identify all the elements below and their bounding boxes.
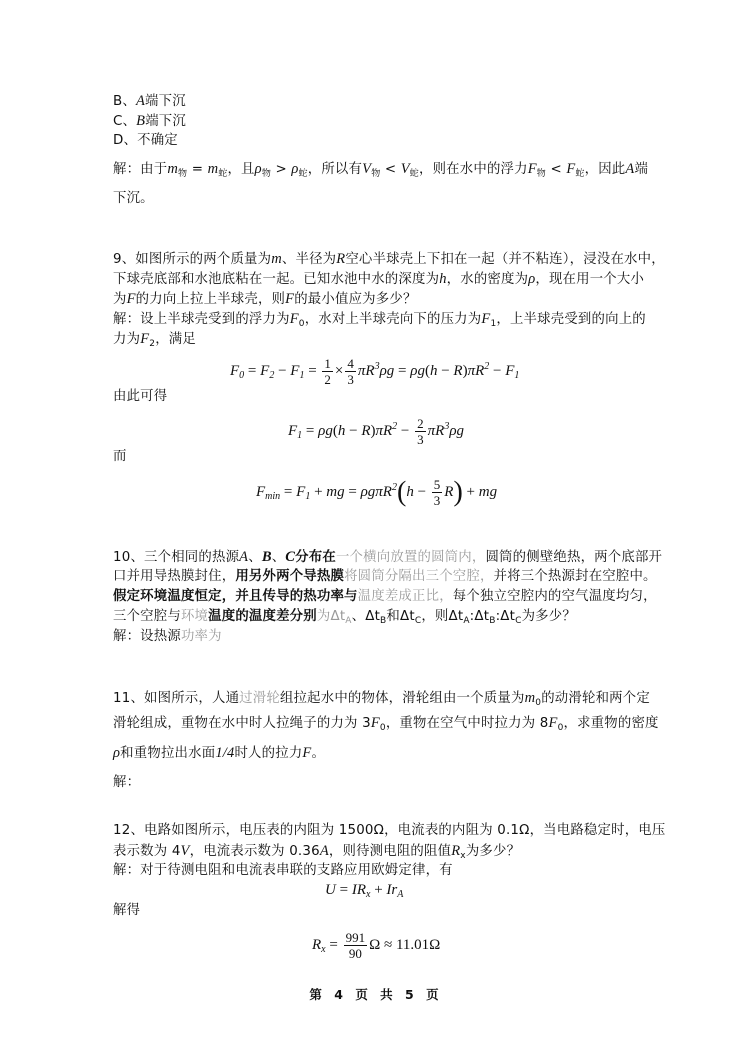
text-faded: 一个横向放置的圆筒内， (336, 550, 486, 565)
q11-question-line1: 11、如图所示，人通过滑轮组拉起水中的物体，滑轮组由一个质量为m0的动滑轮和两个… (113, 689, 650, 708)
text: 的动滑轮和两个定 (541, 691, 650, 706)
var-v: V (362, 161, 371, 177)
var-f: F (528, 161, 537, 177)
text: 。 (311, 746, 325, 761)
var-m: m (525, 690, 536, 706)
subscript: 蛇 (575, 169, 584, 179)
text: 力为 (113, 332, 140, 347)
q12-equation-2: Rx = 99190Ω ≈ 11.01Ω (312, 930, 440, 961)
q11-question-line2: 滑轮组成，重物在水中时人拉绳子的力为 3F0，重物在空气中时拉力为 8F0，求重… (113, 714, 659, 733)
text: 用另外两个导热膜 (235, 569, 344, 584)
q12-solution-line1: 解：对于待测电阻和电流表串联的支路应用欧姆定律，有 (113, 862, 453, 880)
text: ，因此 (585, 162, 626, 177)
q10-question-line4: 三个空腔与环境温度的温度差分别为ΔtA、ΔtB和ΔtC，则ΔtA:ΔtB:ΔtC… (113, 608, 576, 626)
plus: + (370, 882, 386, 898)
subscript: 物 (537, 169, 546, 179)
text: 圆筒的侧壁绝热，两个底部开 (485, 550, 662, 565)
q9-text-thus: 由此可得 (113, 388, 167, 406)
text: 时人的拉力 (234, 746, 302, 761)
text: 为 (113, 292, 127, 307)
var-a: A (239, 549, 248, 565)
text-faded: 为Δt (317, 609, 345, 624)
text: 为多少？ (466, 844, 520, 859)
denominator: 90 (344, 946, 368, 961)
text: ，则Δt (421, 609, 463, 624)
equals: = (336, 882, 352, 898)
text: 解：由于 (113, 162, 167, 177)
var-a: A (136, 93, 145, 109)
lt: < (380, 162, 400, 177)
text: 10、三个相同的热源 (113, 550, 239, 565)
var-f: F (127, 291, 136, 307)
q9-solution-line2: 力为F2，满足 (113, 330, 196, 349)
text: ，则在水中的浮力 (419, 162, 528, 177)
var-r: R (336, 251, 345, 267)
q9-equation-3: Fmin = F1 + mg = ρgπR2(h − 53R) + mg (256, 477, 497, 508)
subscript: 物 (178, 169, 187, 179)
q8-option-c: C、B端下沉 (113, 112, 186, 131)
text: ，则待测电阻的阻值 (329, 844, 451, 859)
var-m: m (271, 251, 282, 267)
var-f: F (290, 311, 299, 327)
equals: = (187, 162, 207, 177)
lt: < (546, 162, 566, 177)
text: 的力向上拉上半球壳，则 (136, 292, 286, 307)
subscript: 蛇 (299, 169, 308, 179)
text: :Δt (496, 609, 516, 624)
var-m: m (167, 161, 178, 177)
text-faded: 将圆筒分隔出三个空腔， (344, 569, 494, 584)
text: 每个独立空腔内的空气温度均匀， (453, 589, 657, 604)
var-m: m (208, 161, 219, 177)
var-f: F (285, 291, 294, 307)
text: 、Δt (352, 609, 380, 624)
option-text: 端下沉 (145, 114, 186, 129)
text: ，现在用一个大小 (535, 272, 644, 287)
var-rho: ρ (291, 161, 298, 177)
subscript: x (321, 944, 325, 955)
q12-question-line2: 表示数为 4V，电流表示数为 0.36A，则待测电阻的阻值Rx为多少？ (113, 842, 520, 861)
var-b: B (136, 113, 145, 129)
option-label: C、 (113, 114, 136, 129)
q12-question-line1: 12、电路如图所示，电压表的内阻为 1500Ω，电流表的内阻为 0.1Ω，当电路… (113, 822, 665, 840)
var-v: V (401, 161, 410, 177)
text: 解：设上半球壳受到的浮力为 (113, 312, 290, 327)
subscript: 蛇 (410, 169, 419, 179)
var-h: h (439, 271, 446, 287)
text: 滑轮组成，重物在水中时人拉绳子的力为 3 (113, 716, 371, 731)
q12-text-solved: 解得 (113, 902, 140, 920)
q8-option-d: D、不确定 (113, 132, 178, 150)
text: ，满足 (155, 332, 196, 347)
q9-text-and: 而 (113, 448, 127, 466)
text: ，且 (227, 162, 254, 177)
text: 组拉起水中的物体，滑轮组由一个质量为 (280, 691, 525, 706)
subscript: 物 (262, 169, 271, 179)
text: ，求重物的密度 (564, 716, 659, 731)
q8-solution-line1: 解：由于m物 = m蛇，且ρ物 > ρ蛇，所以有V物 < V蛇，则在水中的浮力F… (113, 160, 648, 179)
var-r: R (312, 937, 321, 953)
unit-a: A (320, 843, 329, 859)
text-faded: 环境 (181, 609, 208, 624)
text: 并且传导的热功率与 (235, 589, 357, 604)
text: 并将三个热源封在空腔中。 (494, 569, 657, 584)
var-rho: ρ (255, 161, 262, 177)
q11-question-line3: ρ和重物拉出水面1/4时人的拉力F。 (113, 744, 325, 763)
text: 三个空腔与 (113, 609, 181, 624)
var-f: F (549, 715, 558, 731)
var-u: U (325, 882, 336, 898)
var-r: R (451, 843, 460, 859)
text: 温度的温度差分别 (208, 609, 317, 624)
fraction: 1/4 (215, 745, 234, 761)
text: 分布在 (295, 550, 336, 565)
q9-question-line2: 下球壳底部和水池底粘在一起。已知水池中水的深度为h，水的密度为ρ，现在用一个大小 (113, 270, 644, 289)
q10-solution: 解：设热源功率为 (113, 628, 222, 646)
q11-solution: 解： (113, 774, 140, 792)
text: ，上半球壳受到的向上的 (496, 312, 646, 327)
text: 解：设热源 (113, 629, 181, 644)
q12-equation-1: U = IRx + IrA (325, 880, 403, 900)
text: 表示数为 4 (113, 844, 181, 859)
q9-question-line1: 9、如图所示的两个质量为m、半径为R空心半球壳上下扣在一起（并不粘连），浸没在水… (113, 250, 665, 269)
text: 为多少？ (522, 609, 576, 624)
var-c: C (285, 549, 295, 565)
sep: 、 (248, 550, 262, 565)
text: 和Δt (386, 609, 414, 624)
text-faded: 温度差成正比， (358, 589, 453, 604)
q10-question-line3: 假定环境温度恒定，并且传导的热功率与温度差成正比，每个独立空腔内的空气温度均匀， (113, 588, 657, 606)
option-label: B、 (113, 94, 136, 109)
unit-v: V (181, 843, 190, 859)
text-faded: 功率为 (181, 629, 222, 644)
subscript: 物 (371, 169, 380, 179)
result: Ω ≈ 11.01Ω (369, 937, 440, 953)
text: 、半径为 (282, 252, 336, 267)
q10-question-line1: 10、三个相同的热源A、B、C分布在一个横向放置的圆筒内，圆筒的侧壁绝热，两个底… (113, 548, 662, 567)
text: 和重物拉出水面 (120, 746, 215, 761)
text: 的最小值应为多少？ (294, 292, 416, 307)
text: ，水对上半球壳向下的压力为 (305, 312, 482, 327)
var-f: F (140, 331, 149, 347)
document-page: B、A端下沉 C、B端下沉 D、不确定 解：由于m物 = m蛇，且ρ物 > ρ蛇… (0, 0, 752, 1061)
q9-equation-2: F1 = ρg(h − R)πR2 − 23πR3ρg (288, 416, 464, 447)
text: 下球壳底部和水池底粘在一起。已知水池中水的深度为 (113, 272, 439, 287)
text: ，电流表示数为 0.36 (190, 844, 320, 859)
text-faded: 过滑轮 (239, 691, 280, 706)
q9-equation-1: F0 = F2 − F1 = 12×43πR3ρg = ρg(h − R)πR2… (230, 356, 519, 387)
text: 假定环境温度恒定， (113, 589, 235, 604)
page-footer: 第 4 页 共 5 页 (0, 985, 752, 1003)
q8-solution-line2: 下沉。 (113, 190, 154, 208)
subscript: A (397, 889, 403, 900)
q8-option-b: B、A端下沉 (113, 92, 186, 111)
text: 端 (634, 162, 648, 177)
text: ，重物在空气中时拉力为 8 (386, 716, 549, 731)
text: 11、如图所示，人通 (113, 691, 239, 706)
text: 口并用导热膜封住， (113, 569, 235, 584)
numerator: 991 (344, 930, 368, 946)
gt: > (271, 162, 291, 177)
option-text: 端下沉 (145, 94, 186, 109)
text: :Δt (470, 609, 490, 624)
q9-question-line3: 为F的力向上拉上半球壳，则F的最小值应为多少？ (113, 290, 417, 309)
q9-solution-line1: 解：设上半球壳受到的浮力为F0，水对上半球壳向下的压力为F1，上半球壳受到的向上… (113, 310, 646, 329)
var-f: F (371, 715, 380, 731)
text: ，所以有 (308, 162, 362, 177)
text: 9、如图所示的两个质量为 (113, 252, 271, 267)
text: 空心半球壳上下扣在一起（并不粘连），浸没在水中， (345, 252, 664, 267)
var-b: B (262, 549, 272, 565)
text: ，水的密度为 (447, 272, 529, 287)
q10-question-line2: 口并用导热膜封住，用另外两个导热膜将圆筒分隔出三个空腔，并将三个热源封在空腔中。 (113, 568, 657, 586)
sep: 、 (272, 550, 286, 565)
var-r: R (357, 882, 366, 898)
